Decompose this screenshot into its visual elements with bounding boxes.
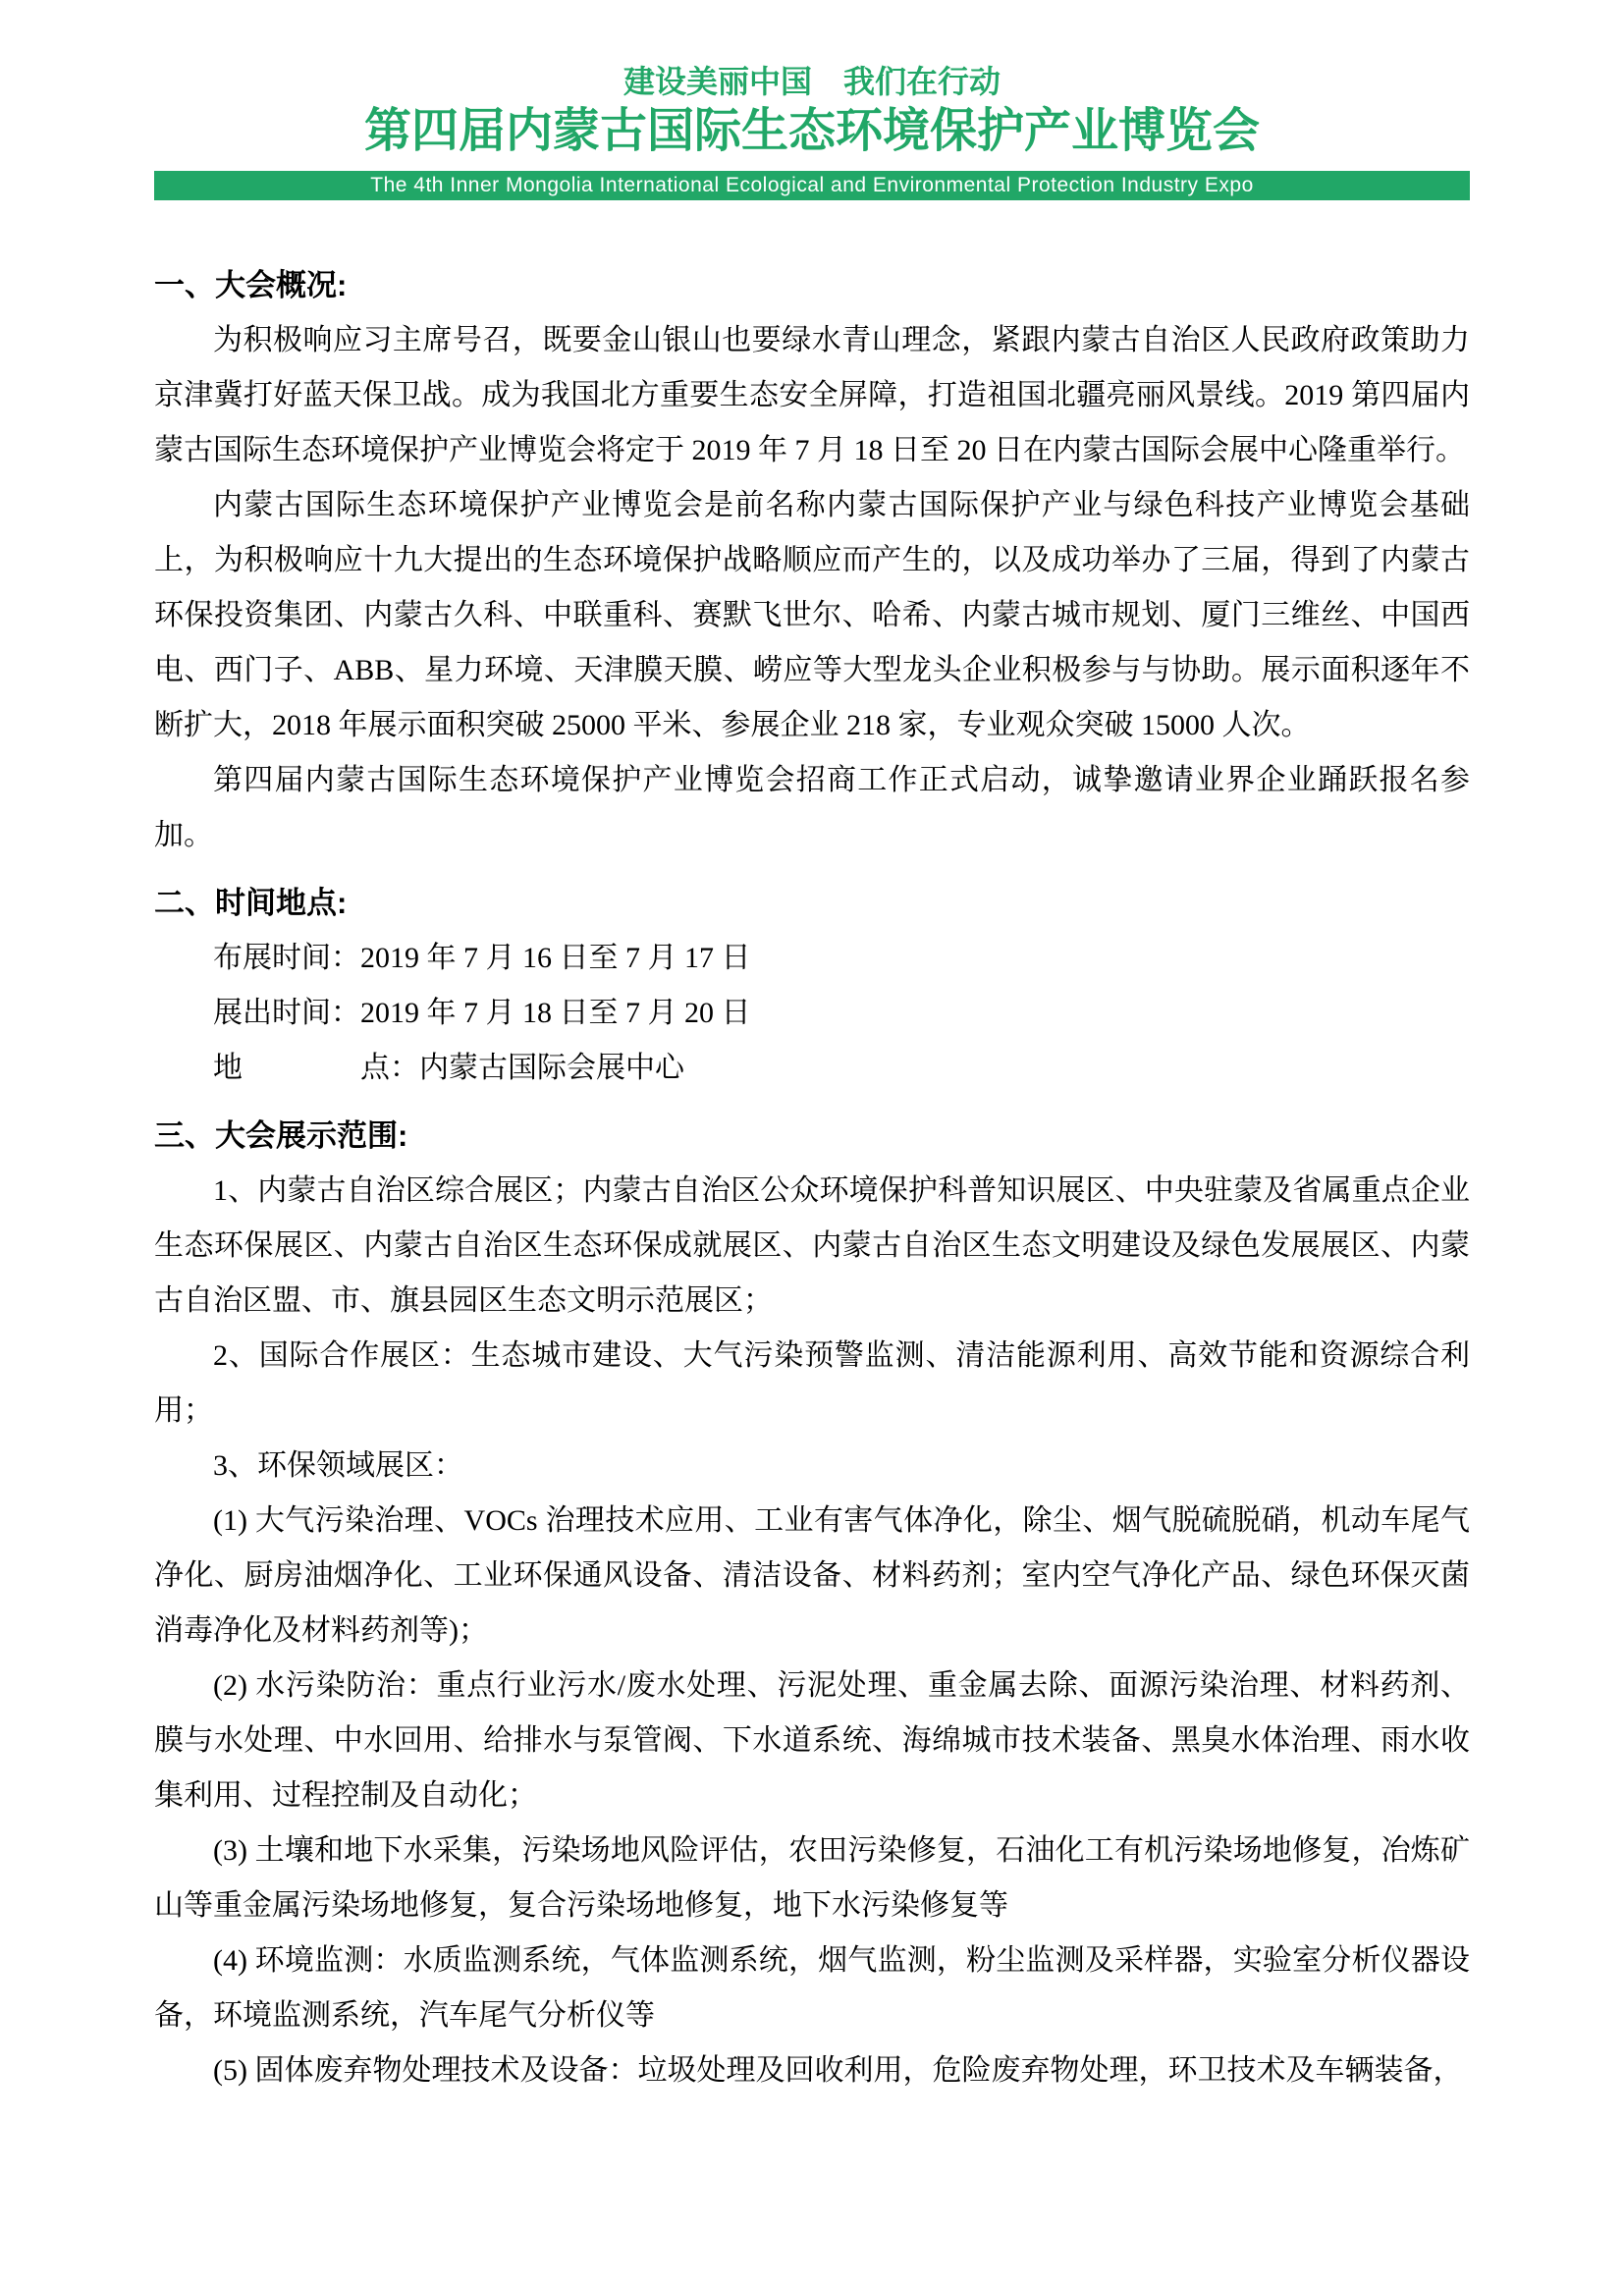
scope-item-3-3: (3) 土壤和地下水采集，污染场地风险评估，农田污染修复，石油化工有机污染场地修… [154,1823,1470,1933]
header-slogan: 建设美丽中国 我们在行动 [154,63,1470,100]
overview-paragraph-3: 第四届内蒙古国际生态环境保护产业博览会招商工作正式启动，诚挚邀请业界企业踊跃报名… [154,753,1470,863]
page-title: 第四届内蒙古国际生态环境保护产业博览会 [154,105,1470,158]
document-page: 建设美丽中国 我们在行动 第四届内蒙古国际生态环境保护产业博览会 The 4th… [0,0,1624,2285]
scope-item-3-1: (1) 大气污染治理、VOCs 治理技术应用、工业有害气体净化，除尘、烟气脱硫脱… [154,1494,1470,1659]
scope-item-3-5: (5) 固体废弃物处理技术及设备：垃圾处理及回收利用，危险废弃物处理，环卫技术及… [154,2043,1470,2098]
document-body: 一、大会概况: 为积极响应习主席号召，既要金山银山也要绿水青山理念，紧跟内蒙古自… [154,258,1470,2098]
overview-paragraph-1: 为积极响应习主席号召，既要金山银山也要绿水青山理念，紧跟内蒙古自治区人民政府政策… [154,313,1470,478]
scope-item-1: 1、内蒙古自治区综合展区；内蒙古自治区公众环境保护科普知识展区、中央驻蒙及省属重… [154,1164,1470,1329]
section-heading-scope: 三、大会展示范围: [154,1109,1470,1164]
scope-item-3-2: (2) 水污染防治：重点行业污水/废水处理、污泥处理、重金属去除、面源污染治理、… [154,1659,1470,1823]
scope-item-3: 3、环保领域展区： [154,1439,1470,1494]
page-content: 建设美丽中国 我们在行动 第四届内蒙古国际生态环境保护产业博览会 The 4th… [0,63,1624,2098]
venue-line: 地 点：内蒙古国际会展中心 [154,1041,1470,1096]
exhibit-time-line: 展出时间：2019 年 7 月 18 日至 7 月 20 日 [154,986,1470,1041]
scope-item-2: 2、国际合作展区：生态城市建设、大气污染预警监测、清洁能源利用、高效节能和资源综… [154,1329,1470,1439]
setup-time-line: 布展时间：2019 年 7 月 16 日至 7 月 17 日 [154,931,1470,986]
overview-paragraph-2: 内蒙古国际生态环境保护产业博览会是前名称内蒙古国际保护产业与绿色科技产业博览会基… [154,478,1470,753]
scope-item-3-4: (4) 环境监测：水质监测系统，气体监测系统，烟气监测，粉尘监测及采样器，实验室… [154,1933,1470,2043]
english-title-bar: The 4th Inner Mongolia International Eco… [154,171,1470,200]
section-heading-overview: 一、大会概况: [154,258,1470,313]
section-heading-time-place: 二、时间地点: [154,876,1470,931]
english-title-text: The 4th Inner Mongolia International Eco… [370,174,1254,196]
document-header: 建设美丽中国 我们在行动 第四届内蒙古国际生态环境保护产业博览会 The 4th… [154,63,1470,200]
